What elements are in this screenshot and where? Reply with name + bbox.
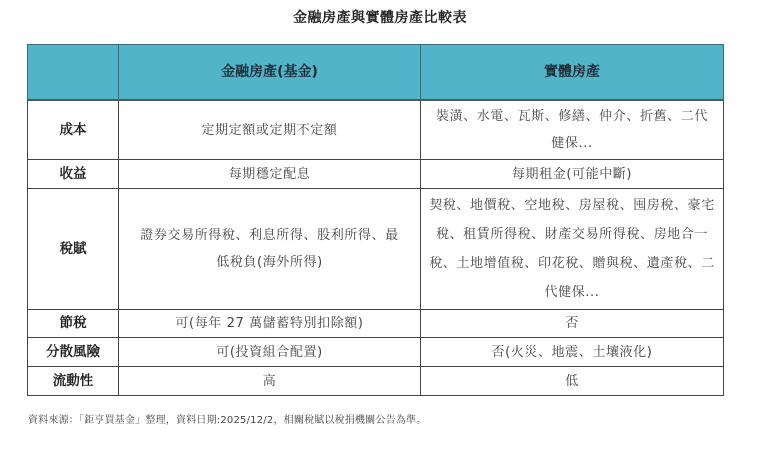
physical-value: 否(火災、地震、土壤液化) xyxy=(421,338,724,367)
table-row-tax: 稅賦 證券交易所得稅、利息所得、股利所得、最低稅負(海外所得) 契稅、地價稅、空… xyxy=(28,189,724,310)
table-row-income: 收益 每期穩定配息 每期租金(可能中斷) xyxy=(28,160,724,189)
financial-value: 可(投資組合配置) xyxy=(119,338,421,367)
row-label: 流動性 xyxy=(28,367,119,396)
table-row-cost: 成本 定期定額或定期不定額 裝潢、水電、瓦斯、修繕、仲介、折舊、二代健保... xyxy=(28,100,724,160)
physical-value: 裝潢、水電、瓦斯、修繕、仲介、折舊、二代健保... xyxy=(421,100,724,160)
header-physical-property: 實體房產 xyxy=(421,45,724,101)
page-title: 金融房產與實體房產比較表 xyxy=(0,7,760,27)
table-header-row: 金融房產(基金) 實體房產 xyxy=(28,45,724,101)
table-row-liquidity: 流動性 高 低 xyxy=(28,367,724,396)
row-label: 節稅 xyxy=(28,310,119,338)
financial-value: 證券交易所得稅、利息所得、股利所得、最低稅負(海外所得) xyxy=(119,189,421,310)
physical-value: 契稅、地價稅、空地稅、房屋稅、囤房稅、豪宅稅、租賃所得稅、財產交易所得稅、房地合… xyxy=(421,189,724,310)
header-empty-cell xyxy=(28,45,119,101)
financial-value: 高 xyxy=(119,367,421,396)
row-label: 分散風險 xyxy=(28,338,119,367)
table-row-diversification: 分散風險 可(投資組合配置) 否(火災、地震、土壤液化) xyxy=(28,338,724,367)
source-footnote: 資料來源：「鉅亨買基金」整理，資料日期:2025/12/2，相關稅賦以稅捐機關公… xyxy=(28,411,426,426)
physical-value: 每期租金(可能中斷) xyxy=(421,160,724,189)
row-label: 稅賦 xyxy=(28,189,119,310)
header-financial-property: 金融房產(基金) xyxy=(119,45,421,101)
table-row-tax-saving: 節稅 可(每年 27 萬儲蓄特別扣除額) 否 xyxy=(28,310,724,338)
physical-value: 否 xyxy=(421,310,724,338)
physical-value: 低 xyxy=(421,367,724,396)
row-label: 成本 xyxy=(28,100,119,160)
financial-value: 可(每年 27 萬儲蓄特別扣除額) xyxy=(119,310,421,338)
financial-value: 每期穩定配息 xyxy=(119,160,421,189)
comparison-table: 金融房產(基金) 實體房產 成本 定期定額或定期不定額 裝潢、水電、瓦斯、修繕、… xyxy=(27,44,724,396)
financial-value: 定期定額或定期不定額 xyxy=(119,100,421,160)
row-label: 收益 xyxy=(28,160,119,189)
